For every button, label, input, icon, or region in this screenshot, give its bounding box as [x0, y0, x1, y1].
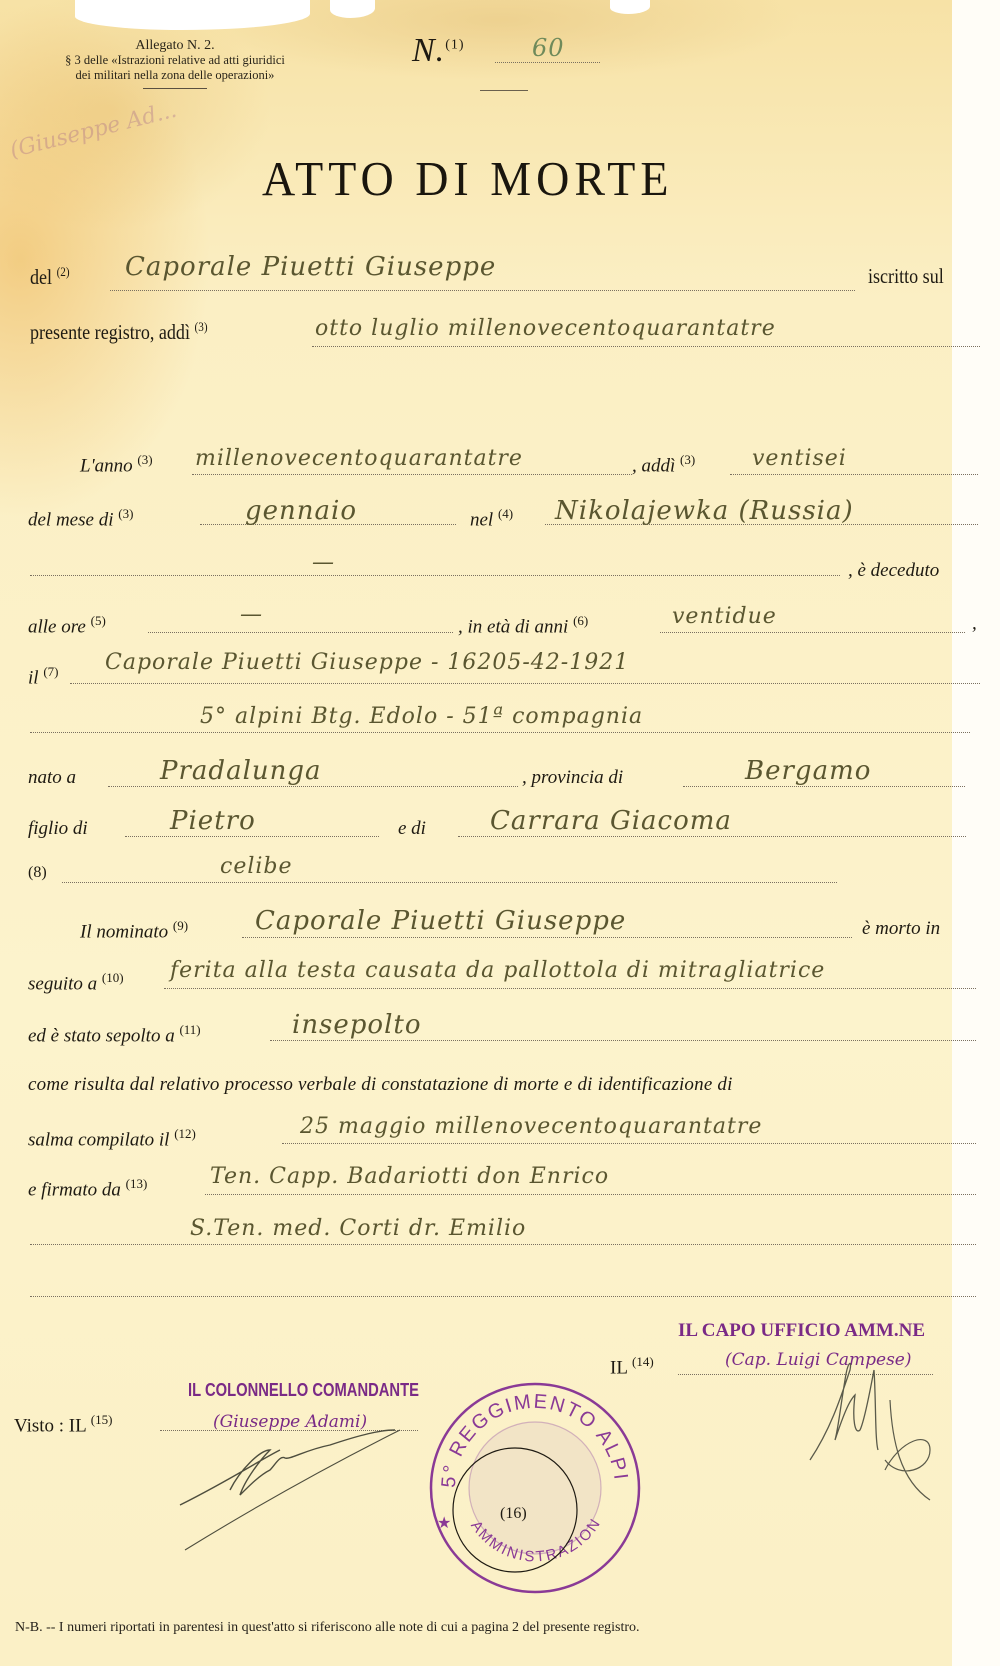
- capo-signature: [790, 1340, 950, 1520]
- firmato-label: e firmato da (13): [28, 1176, 147, 1201]
- ore-label: alle ore (5): [28, 613, 106, 638]
- provincia-value: Bergamo: [745, 756, 871, 786]
- risulta-text: come risulta dal relativo processo verba…: [28, 1074, 733, 1096]
- addi-label: , addì (3): [632, 452, 695, 477]
- form-reference: Allegato N. 2. § 3 delle «Istrazioni rel…: [20, 38, 330, 89]
- madre-value: Carrara Giacoma: [490, 806, 732, 836]
- firmato-line: [205, 1194, 976, 1195]
- il-line: [70, 683, 980, 684]
- colonnello-stamp-name: (Giuseppe Adami): [213, 1412, 367, 1432]
- firmato-value-line1: Ten. Capp. Badariotti don Enrico: [210, 1164, 609, 1189]
- eta-line: [660, 632, 965, 633]
- visto-label: Visto : IL (15): [14, 1412, 112, 1437]
- anno-value: millenovecentoquarantatre: [195, 446, 523, 471]
- iscritto-label: iscritto sul: [868, 264, 944, 289]
- footnote: N-B. -- I numeri riportati in parentesi …: [15, 1620, 640, 1636]
- page-margin: [952, 0, 1000, 1666]
- svg-text:★: ★: [437, 1515, 451, 1532]
- capo-label: IL (14): [610, 1354, 654, 1379]
- eta-label: , in età di anni (6): [458, 613, 588, 638]
- figlio-line: [125, 836, 379, 837]
- place-continuation-value: —: [312, 550, 335, 575]
- nel-label: nel (4): [470, 506, 513, 531]
- stato-line: [62, 882, 837, 883]
- seal-note: (16): [500, 1505, 527, 1522]
- sepolto-label: ed è stato sepolto a (11): [28, 1022, 201, 1047]
- il-line-2: [30, 732, 970, 733]
- nato-value: Pradalunga: [160, 756, 322, 786]
- nominato-label: Il nominato (9): [80, 918, 188, 943]
- deceduto-label: , è deceduto: [848, 560, 939, 582]
- firmato-value-line2: S.Ten. med. Corti dr. Emilio: [190, 1216, 526, 1241]
- mese-value: gennaio: [245, 496, 357, 526]
- addi-line: [730, 474, 978, 475]
- padre-value: Pietro: [170, 806, 256, 836]
- capo-stamp-title: IL CAPO UFFICIO AMM.NE: [678, 1320, 925, 1342]
- salma-value: 25 maggio millenovecentoquarantatre: [300, 1114, 762, 1139]
- registro-line: [312, 346, 980, 347]
- registro-value: otto luglio millenovecentoquarantatre: [315, 316, 776, 341]
- nominato-value: Caporale Piuetti Giuseppe: [255, 906, 626, 936]
- colonnello-stamp-title: IL COLONNELLO COMANDANTE: [188, 1380, 419, 1401]
- document-title: ATTO DI MORTE: [262, 151, 673, 207]
- il-value-line1: Caporale Piuetti Giuseppe - 16205-42-192…: [105, 650, 629, 675]
- salma-line: [282, 1143, 976, 1144]
- nominato-line: [242, 937, 852, 938]
- il-label: il (7): [28, 664, 58, 689]
- stato-note: (8): [28, 864, 47, 882]
- anno-line: [192, 474, 632, 475]
- divider: [480, 90, 528, 91]
- nato-label: nato a: [28, 767, 76, 789]
- nato-line: [108, 786, 518, 787]
- act-number-value: 60: [532, 34, 565, 62]
- divider: [143, 88, 207, 89]
- del-line: [110, 290, 855, 291]
- il-value-line2: 5° alpini Btg. Edolo - 51ª compagnia: [200, 704, 643, 729]
- stato-value: celibe: [220, 854, 293, 879]
- istruzioni-line1: § 3 delle «Istrazioni relative ad atti g…: [20, 53, 330, 68]
- act-number-line: [495, 62, 600, 63]
- seguito-line: [164, 988, 976, 989]
- colonnello-signature: [170, 1430, 410, 1560]
- addi-value: ventisei: [752, 446, 847, 471]
- mese-label: del mese di (3): [28, 506, 133, 531]
- seguito-value: ferita alla testa causata da pallottola …: [170, 958, 825, 983]
- edi-label: e di: [398, 818, 426, 840]
- del-label: del (2): [30, 264, 70, 290]
- provincia-line: [683, 786, 965, 787]
- salma-label: salma compilato il (12): [28, 1126, 196, 1151]
- morto-label: è morto in: [862, 918, 940, 940]
- sepolto-value: insepolto: [292, 1010, 422, 1040]
- anno-label: L'anno (3): [80, 452, 153, 477]
- seguito-label: seguito a (10): [28, 970, 124, 995]
- regiment-seal: 5° REGGIMENTO ALPINI AMMINISTRAZIONE ★ (…: [425, 1378, 645, 1598]
- madre-line: [458, 836, 966, 837]
- sepolto-line: [270, 1040, 976, 1041]
- allegato-label: Allegato N. 2.: [20, 38, 330, 53]
- nel-value: Nikolajewka (Russia): [555, 496, 854, 526]
- figlio-label: figlio di: [28, 818, 88, 840]
- ore-value: —: [240, 602, 263, 627]
- firmato-line-3: [30, 1296, 976, 1297]
- provincia-label: , provincia di: [522, 767, 623, 789]
- eta-value: ventidue: [672, 604, 777, 629]
- comma: ,: [972, 613, 977, 635]
- firmato-line-2: [30, 1244, 976, 1245]
- ore-line: [148, 632, 453, 633]
- istruzioni-line2: dei militari nella zona delle operazioni…: [20, 68, 330, 83]
- del-value: Caporale Piuetti Giuseppe: [125, 252, 496, 282]
- act-number-label: N.(1): [412, 32, 465, 70]
- place-continuation-line: [30, 575, 840, 576]
- registro-label: presente registro, addì (3): [30, 319, 208, 345]
